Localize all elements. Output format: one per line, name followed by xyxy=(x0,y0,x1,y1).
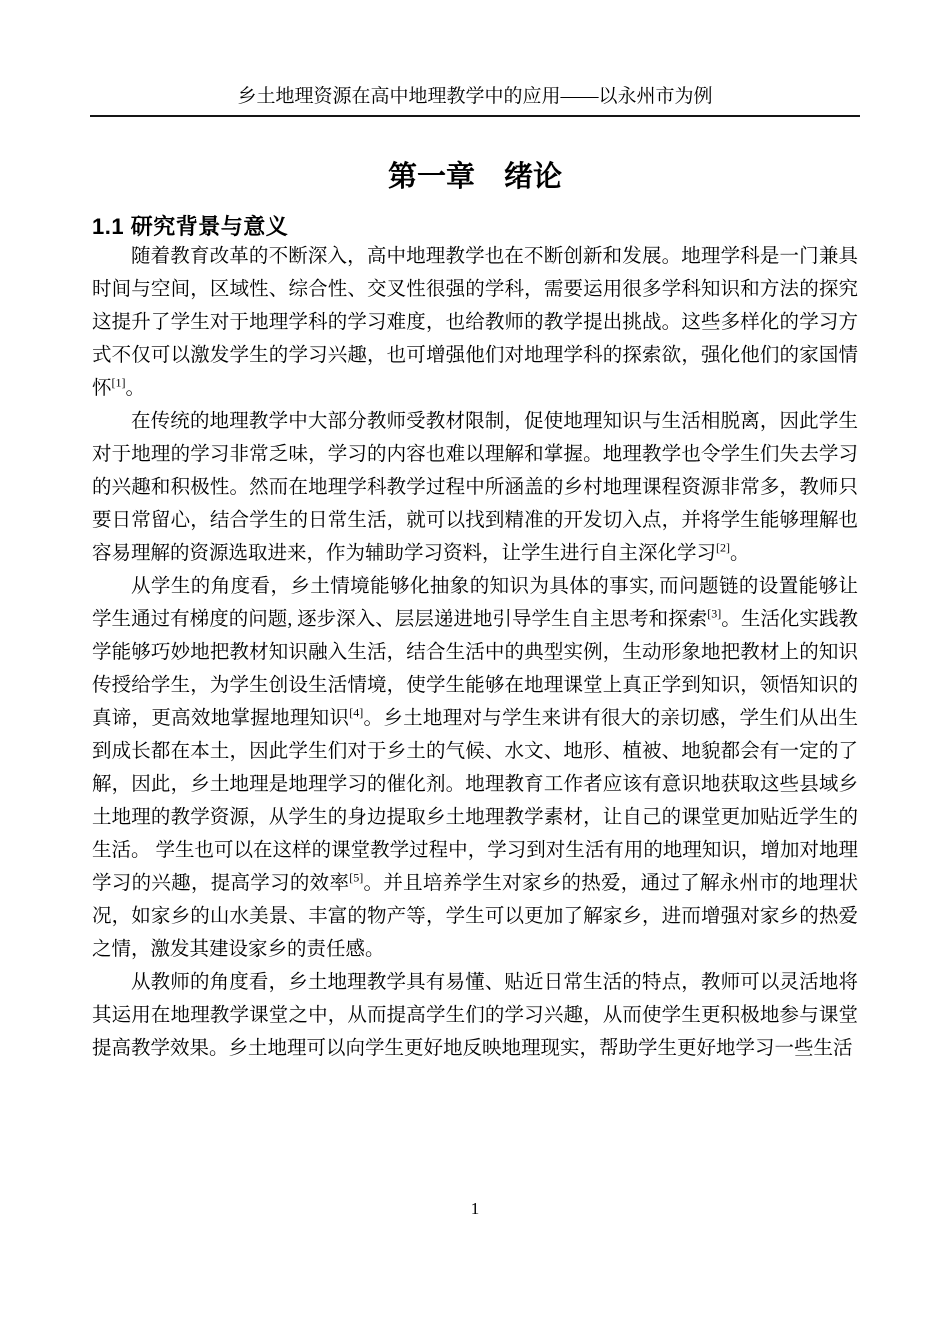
document-page: 乡土地理资源在高中地理教学中的应用——以永州市为例 第一章 绪论 1.1 研究背… xyxy=(0,0,950,1344)
paragraph-text: 。 xyxy=(126,378,146,399)
paragraph: 在传统的地理教学中大部分教师受教材限制，促使地理知识与生活相脱离，因此学生对于地… xyxy=(92,405,858,570)
page-number: 1 xyxy=(0,1198,950,1220)
running-header: 乡土地理资源在高中地理教学中的应用——以永州市为例 xyxy=(90,84,860,117)
running-header-title: 乡土地理资源在高中地理教学中的应用——以永州市为例 xyxy=(237,86,712,107)
body-paragraphs: 随着教育改革的不断深入，高中地理教学也在不断创新和发展。地理学科是一门兼具时间与… xyxy=(92,240,858,1065)
paragraph: 随着教育改革的不断深入，高中地理教学也在不断创新和发展。地理学科是一门兼具时间与… xyxy=(92,240,858,405)
paragraph-text: 在传统的地理教学中大部分教师受教材限制，促使地理知识与生活相脱离，因此学生对于地… xyxy=(92,411,858,564)
paragraph-text: 随着教育改革的不断深入，高中地理教学也在不断创新和发展。地理学科是一门兼具时间与… xyxy=(92,246,858,399)
citation-ref: [3] xyxy=(707,607,721,621)
paragraph-text: 。 xyxy=(730,543,750,564)
paragraph-text: 从教师的角度看，乡土地理教学具有易懂、贴近日常生活的特点，教师可以灵活地将其运用… xyxy=(92,972,858,1059)
paragraph: 从教师的角度看，乡土地理教学具有易懂、贴近日常生活的特点，教师可以灵活地将其运用… xyxy=(92,966,858,1065)
citation-ref: [5] xyxy=(349,871,363,885)
chapter-title: 第一章 绪论 xyxy=(0,160,950,194)
paragraph: 从学生的角度看，乡土情境能够化抽象的知识为具体的事实, 而问题链的设置能够让学生… xyxy=(92,570,858,966)
paragraph-text: 。乡土地理对与学生来讲有很大的亲切感，学生们从出生到成长都在本土，因此学生们对于… xyxy=(92,708,858,894)
citation-ref: [4] xyxy=(349,706,363,720)
section-heading: 1.1 研究背景与意义 xyxy=(92,214,288,240)
citation-ref: [2] xyxy=(716,541,730,555)
citation-ref: [1] xyxy=(112,376,126,390)
